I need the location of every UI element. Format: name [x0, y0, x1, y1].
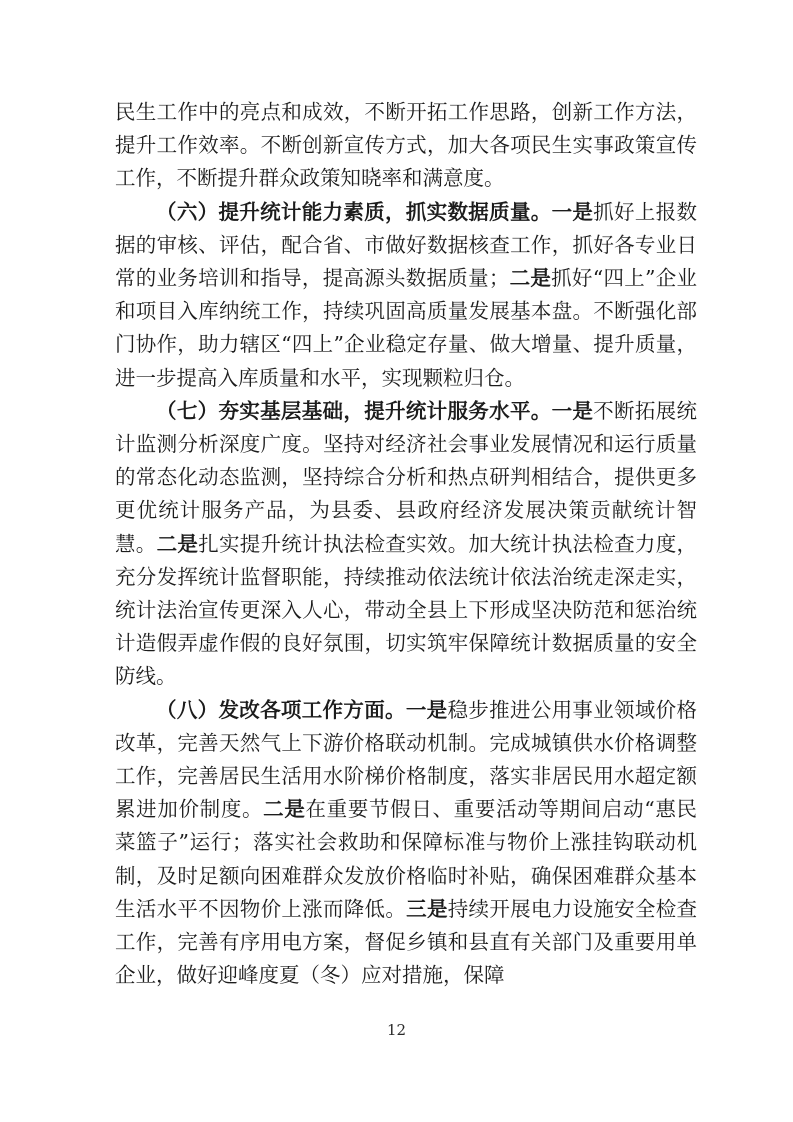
paragraph: （七）夯实基层基础，提升统计服务水平。一是不断拓展统计监测分析深度广度。坚持对经… — [115, 395, 697, 694]
text-run: 扎实提升统计执法检查实效。加大统计执法检查力度，充分发挥统计监督职能，持续推动依… — [115, 532, 697, 689]
section-heading-run: 三是 — [406, 897, 448, 921]
section-heading-run: （六）提升统计能力素质，抓实数据质量。一是 — [156, 200, 593, 224]
paragraph: 民生工作中的亮点和成效，不断开拓工作思路，创新工作方法，提升工作效率。不断创新宣… — [115, 96, 697, 196]
section-heading-run: 二是 — [157, 532, 199, 556]
document-page: 民生工作中的亮点和成效，不断开拓工作思路，创新工作方法，提升工作效率。不断创新宣… — [0, 0, 793, 1122]
paragraph: （八）发改各项工作方面。一是稳步推进公用事业领域价格改革，完善天然气上下游价格联… — [115, 694, 697, 993]
section-heading-run: 二是 — [509, 266, 551, 290]
text-run: 民生工作中的亮点和成效，不断开拓工作思路，创新工作方法，提升工作效率。不断创新宣… — [115, 100, 697, 190]
paragraph: （六）提升统计能力素质，抓实数据质量。一是抓好上报数据的审核、评估，配合省、市做… — [115, 196, 697, 395]
document-body: 民生工作中的亮点和成效，不断开拓工作思路，创新工作方法，提升工作效率。不断创新宣… — [115, 96, 697, 992]
section-heading-run: （八）发改各项工作方面。一是 — [156, 698, 447, 722]
section-heading-run: （七）夯实基层基础，提升统计服务水平。一是 — [156, 399, 593, 423]
page-number: 12 — [0, 1021, 793, 1039]
section-heading-run: 二是 — [263, 797, 305, 821]
